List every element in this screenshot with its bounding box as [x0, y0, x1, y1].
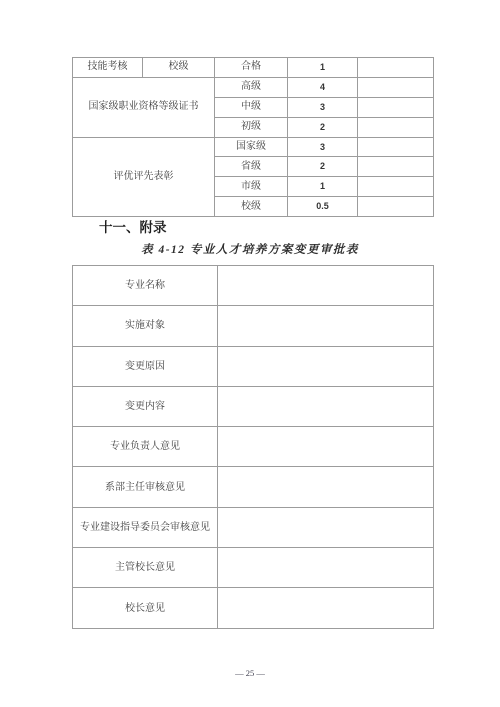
- blank-cell: [358, 137, 434, 157]
- blank-cell: [358, 58, 434, 78]
- score-summary-table: 技能考核 校级 合格 1 国家级职业资格等级证书 高级 4 中级 3 初级 2: [72, 57, 434, 217]
- category-cell: 国家级职业资格等级证书: [73, 77, 215, 137]
- label-cell: 变更原因: [73, 346, 218, 386]
- label-cell: 专业负责人意见: [73, 427, 218, 467]
- content-cell: [218, 467, 434, 507]
- content-cell: [218, 548, 434, 588]
- content-cell: [218, 427, 434, 467]
- table-row: 校长意见: [73, 588, 434, 628]
- content-cell: [218, 266, 434, 306]
- category-cell: 评优评先表彰: [73, 137, 215, 217]
- table-row: 变更内容: [73, 386, 434, 426]
- table-caption: 表 4-12 专业人才培养方案变更审批表: [0, 241, 500, 257]
- table-row: 国家级职业资格等级证书 高级 4: [73, 77, 434, 97]
- score-cell: 4: [288, 77, 358, 97]
- blank-cell: [358, 77, 434, 97]
- content-cell: [218, 507, 434, 547]
- label-cell: 校长意见: [73, 588, 218, 628]
- table-row: 变更原因: [73, 346, 434, 386]
- label-cell: 主管校长意见: [73, 548, 218, 588]
- table-row: 系部主任审核意见: [73, 467, 434, 507]
- approval-form-table: 专业名称 实施对象 变更原因 变更内容 专业负责人意见 系部主任审核意见: [72, 265, 434, 629]
- score-cell: 3: [288, 137, 358, 157]
- blank-cell: [358, 177, 434, 197]
- score-cell: 1: [288, 177, 358, 197]
- table-row: 主管校长意见: [73, 548, 434, 588]
- blank-cell: [358, 97, 434, 117]
- content-cell: [218, 346, 434, 386]
- grade-cell: 合格: [215, 58, 288, 78]
- content-cell: [218, 306, 434, 346]
- label-cell: 系部主任审核意见: [73, 467, 218, 507]
- score-cell: 0.5: [288, 197, 358, 217]
- label-cell: 变更内容: [73, 386, 218, 426]
- content-cell: [218, 386, 434, 426]
- grade-cell: 国家级: [215, 137, 288, 157]
- table-row: 评优评先表彰 国家级 3: [73, 137, 434, 157]
- label-cell: 实施对象: [73, 306, 218, 346]
- document-page: 技能考核 校级 合格 1 国家级职业资格等级证书 高级 4 中级 3 初级 2: [0, 0, 500, 707]
- grade-cell: 初级: [215, 117, 288, 137]
- score-cell: 2: [288, 157, 358, 177]
- table-row: 专业名称: [73, 266, 434, 306]
- label-cell: 专业名称: [73, 266, 218, 306]
- page-number: — 25 —: [0, 668, 500, 678]
- table-row: 技能考核 校级 合格 1: [73, 58, 434, 78]
- section-heading: 十一、附录: [99, 216, 167, 236]
- score-cell: 3: [288, 97, 358, 117]
- grade-cell: 市级: [215, 177, 288, 197]
- blank-cell: [358, 117, 434, 137]
- scope-cell: 校级: [143, 58, 215, 78]
- score-cell: 2: [288, 117, 358, 137]
- grade-cell: 校级: [215, 197, 288, 217]
- grade-cell: 中级: [215, 97, 288, 117]
- label-cell: 专业建设指导委员会审核意见: [73, 507, 218, 547]
- score-cell: 1: [288, 58, 358, 78]
- table-row: 专业负责人意见: [73, 427, 434, 467]
- table-row: 专业建设指导委员会审核意见: [73, 507, 434, 547]
- blank-cell: [358, 157, 434, 177]
- table-row: 实施对象: [73, 306, 434, 346]
- grade-cell: 省级: [215, 157, 288, 177]
- grade-cell: 高级: [215, 77, 288, 97]
- blank-cell: [358, 197, 434, 217]
- category-cell: 技能考核: [73, 58, 143, 78]
- content-cell: [218, 588, 434, 628]
